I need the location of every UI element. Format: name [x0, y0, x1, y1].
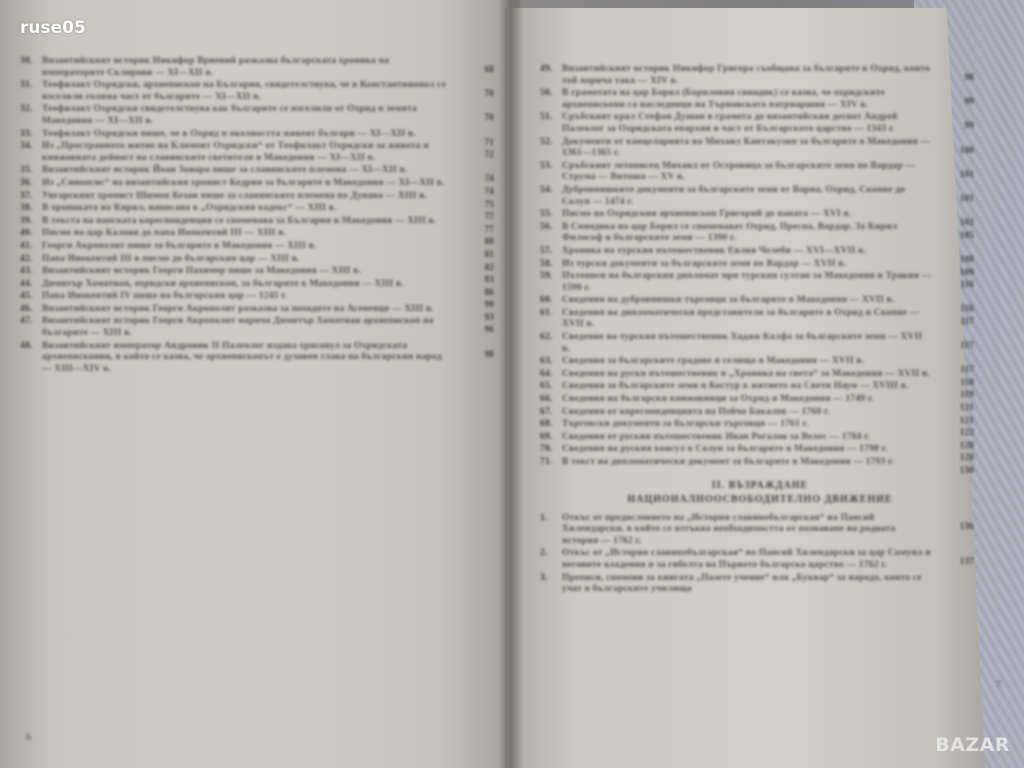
entry-number: 58. — [540, 259, 552, 271]
toc-entry: 45.Папа Инокентий IV пише на българския … — [20, 291, 500, 303]
section-heading-line1: II. ВЪЗРАЖДАНЕ — [540, 479, 980, 493]
toc-entry: 1.Откъс от предисловието на „История сла… — [540, 513, 980, 548]
entry-title: Папа Инокентий IV пише на българския цар… — [42, 291, 287, 301]
toc-entry: 43.Византийският историк Георги Пахимер … — [20, 266, 500, 278]
entry-number: 49. — [540, 64, 552, 76]
entry-number: 55. — [540, 209, 552, 221]
entry-page-number: 100 — [960, 145, 974, 157]
entry-title: Теофилакт Охридски, архиепископ на Бълга… — [42, 80, 446, 102]
entry-title: В Синодика на цар Борил се споменават Ох… — [562, 222, 897, 244]
toc-entry: 64.Сведения на руски пътешественик в „Хр… — [540, 369, 980, 381]
entry-page-number: 137 — [960, 556, 974, 568]
toc-entry: 66.Сведения на български книжовници за О… — [540, 394, 980, 406]
entry-number: 41. — [20, 241, 32, 253]
entry-number: 36. — [20, 178, 32, 190]
toc-entry: 58.Из турски документи за българските зе… — [540, 259, 980, 271]
entry-number: 54. — [540, 185, 552, 197]
entry-title: Сведения от кореспонденцията на Пейчо Ба… — [562, 407, 830, 417]
toc-entry: 60.Сведения на дубровнишки търговци за б… — [540, 295, 980, 307]
entry-number: 40. — [20, 228, 32, 240]
toc-entry: 35.Византийският историк Йоан Зонара пиш… — [20, 165, 500, 177]
toc-entry: 55.Писмо на Охридския архиепископ Григор… — [540, 209, 980, 221]
right-page-contents: 49.Византийският историк Никифор Григора… — [540, 64, 980, 597]
entry-number: 68. — [540, 419, 552, 431]
toc-entry: 36.Из „Синопсис“ на византийския хронист… — [20, 178, 500, 190]
entry-number: 51. — [540, 112, 552, 124]
left-page-number: 6 — [26, 732, 31, 743]
entry-page-number: 72 — [485, 149, 494, 161]
toc-entry: 41.Георги Акрополит пише за българите в … — [20, 241, 500, 253]
entry-title: Сведения от руския пътешественик Иван Ро… — [562, 432, 870, 442]
entry-title: Из турски документи за българските земи … — [562, 259, 846, 269]
entry-number: 30. — [20, 56, 32, 68]
entry-number: 44. — [20, 279, 32, 291]
toc-entry: 69.Сведения от руския пътешественик Иван… — [540, 432, 980, 444]
entry-number: 46. — [20, 304, 32, 316]
entry-title: Сведения на руски пътешественик в „Хрони… — [562, 369, 930, 379]
entry-page-number: 117 — [960, 316, 974, 328]
toc-entry: 68.Търговски документи за български търг… — [540, 419, 980, 431]
entry-page-number: 105 — [960, 230, 974, 242]
entry-page-number: 101 — [960, 193, 974, 205]
entry-title: Преписи, спомени за книгата „Пазете учен… — [562, 573, 922, 595]
toc-entry: 50.В грамотата на цар Борил (Бориловия с… — [540, 88, 980, 111]
toc-entry: 47.Византийският историк Георги Акрополи… — [20, 316, 500, 339]
entry-page-number: 98 — [485, 349, 494, 361]
entry-title: Из „Синопсис“ на византийския хронист Ке… — [42, 178, 445, 188]
entry-page-number: 70 — [485, 112, 494, 124]
entry-number: 56. — [540, 222, 552, 234]
entry-number: 32. — [20, 104, 32, 116]
toc-entry: 2.Откъс от „История славянобългарская“ н… — [540, 548, 980, 571]
entry-number: 67. — [540, 407, 552, 419]
entry-number: 39. — [20, 216, 32, 228]
toc-entry: 32.Теофилакт Охридски свидетелствува как… — [20, 104, 500, 127]
entry-title: Пътеписи на българския дипломат при турс… — [562, 271, 931, 293]
entry-title: В текста на папската кореспонденция се с… — [42, 216, 436, 226]
entry-title: Сведения на дипломатически представители… — [562, 308, 919, 330]
entry-title: Георги Акрополит пише за българите в Мак… — [42, 241, 316, 251]
open-book: 30.Византийският историк Никифор Вриений… — [0, 0, 1024, 768]
entry-title: Сръбският летописец Михаил от Островица … — [562, 161, 915, 183]
entry-title: Византийският император Андроник II Пале… — [42, 341, 442, 374]
entry-page-number: 99 — [965, 96, 974, 108]
section-heading: II. ВЪЗРАЖДАНЕ НАЦИОНАЛНООСВОБОДИТЕЛНО Д… — [540, 479, 980, 507]
toc-entry: 62.Сведение на турския пътешественик Хад… — [540, 332, 980, 355]
toc-entry: 71.В текст на дипломатически документ за… — [540, 457, 980, 469]
toc-entry: 70.Сведения на руския консул в Солун за … — [540, 444, 980, 456]
entry-title: Документи от канцеларията на Михаил Кант… — [562, 137, 930, 159]
toc-entry: 61.Сведения на дипломатически представит… — [540, 308, 980, 331]
entry-number: 43. — [20, 266, 32, 278]
entry-number: 47. — [20, 316, 32, 328]
toc-entry: 44.Димитър Хоматиан, охридски архиеписко… — [20, 279, 500, 291]
entry-title: Византийският историк Никифор Григора съ… — [562, 64, 930, 86]
toc-entry: 37.Унгарският хронист Шимон Кезаи пише з… — [20, 191, 500, 203]
toc-entry: 57.Хроника на турския пътешественик Евли… — [540, 246, 980, 258]
entry-number: 63. — [540, 356, 552, 368]
toc-entry: 67.Сведения от кореспонденцията на Пейчо… — [540, 407, 980, 419]
entry-title: Хроника на турския пътешественик Евлия Ч… — [562, 246, 866, 256]
entry-page-number: 101 — [960, 169, 974, 181]
left-page-contents: 30.Византийският историк Никифор Вриений… — [20, 56, 500, 376]
entry-title: Сведения на български книжовници за Охри… — [562, 394, 874, 404]
toc-entry: 39.В текста на папската кореспонденция с… — [20, 216, 500, 228]
entry-title: Византийският историк Йоан Зонара пише з… — [42, 165, 407, 175]
entry-number: 52. — [540, 137, 552, 149]
entry-number: 31. — [20, 80, 32, 92]
entry-title: В текст на дипломатически документ за бъ… — [562, 457, 894, 467]
entry-title: Дубровнишките документи за българските з… — [562, 185, 905, 207]
entry-number: 57. — [540, 246, 552, 258]
entry-number: 69. — [540, 432, 552, 444]
toc-entry: 51.Сръбският крал Стефан Душан в грамота… — [540, 112, 980, 135]
entry-number: 2. — [540, 548, 548, 560]
entry-title: Византийският историк Георги Акрополит н… — [42, 316, 434, 338]
toc-entry: 53.Сръбският летописец Михаил от Острови… — [540, 161, 980, 184]
user-watermark: ruse05 — [20, 18, 86, 38]
toc-entry: 34.Из „Пространното житие на Климент Охр… — [20, 141, 500, 164]
entry-title: Сведения за българските градове и селища… — [562, 356, 864, 366]
entry-page-number: 117 — [960, 340, 974, 352]
entry-number: 38. — [20, 203, 32, 215]
entry-number: 48. — [20, 341, 32, 353]
entry-number: 70. — [540, 444, 552, 456]
entry-number: 1. — [540, 513, 548, 525]
toc-entry: 59.Пътеписи на българския дипломат при т… — [540, 271, 980, 294]
entry-title: Сведения за българските земи и Костур в … — [562, 381, 909, 391]
toc-entry: 63.Сведения за българските градове и сел… — [540, 356, 980, 368]
entry-title: Сведения на дубровнишки търговци за бълг… — [562, 295, 894, 305]
toc-entry: 33.Теофилакт Охридски пише, че в Охрид и… — [20, 129, 500, 141]
entry-number: 50. — [540, 88, 552, 100]
entry-number: 62. — [540, 332, 552, 344]
entry-title: Писмо на Охридския архиепископ Григорий … — [562, 209, 851, 219]
entry-title: Търговски документи за български търговц… — [562, 419, 809, 429]
entry-page-number: 96 — [485, 324, 494, 336]
entry-number: 59. — [540, 271, 552, 283]
toc-entry: 54.Дубровнишките документи за българскит… — [540, 185, 980, 208]
section-heading-line2: НАЦИОНАЛНООСВОБОДИТЕЛНО ДВИЖЕНИЕ — [540, 493, 980, 507]
entry-number: 71. — [540, 457, 552, 469]
toc-entry: 38.В хрониката на Кирил, написана в „Охр… — [20, 203, 500, 215]
entry-number: 64. — [540, 369, 552, 381]
entry-title: Теофилакт Охридски пише, че в Охрид и ок… — [42, 129, 416, 139]
right-page-number: 7 — [996, 680, 1001, 691]
section-entries: 1.Откъс от предисловието на „История сла… — [540, 513, 980, 596]
entry-title: Откъс от „История славянобългарская“ на … — [562, 548, 931, 570]
entry-number: 33. — [20, 129, 32, 141]
toc-entry: 3.Преписи, спомени за книгата „Пазете уч… — [540, 573, 980, 596]
entry-title: Теофилакт Охридски свидетелствува как бъ… — [42, 104, 417, 126]
entry-title: Из „Пространното житие на Климент Охридс… — [42, 141, 429, 163]
entry-number: 45. — [20, 291, 32, 303]
entry-number: 61. — [540, 308, 552, 320]
entry-title: В хрониката на Кирил, написана в „Охридс… — [42, 203, 337, 213]
entry-title: Папа Инокентий III в писмо до българския… — [42, 254, 299, 264]
entry-number: 42. — [20, 254, 32, 266]
entry-page-number: 130 — [960, 465, 974, 477]
entry-page-number: 98 — [965, 72, 974, 84]
toc-entry: 49.Византийският историк Никифор Григора… — [540, 64, 980, 87]
toc-entry: 48.Византийският император Андроник II П… — [20, 341, 500, 376]
site-logo-watermark: BAZAR — [935, 734, 1010, 756]
entry-title: Откъс от предисловието на „История славя… — [562, 513, 895, 546]
entry-number: 3. — [540, 573, 548, 585]
entry-page-number: 116 — [960, 279, 974, 291]
toc-entry: 30.Византийският историк Никифор Вриений… — [20, 56, 500, 79]
book-gutter — [498, 0, 524, 768]
entry-page-number: 70 — [485, 88, 494, 100]
toc-entry: 56.В Синодика на цар Борил се споменават… — [540, 222, 980, 245]
entry-title: Византийският историк Никифор Вриений ра… — [42, 56, 389, 78]
entry-title: Сведение на турския пътешественик Хаджи … — [562, 332, 922, 354]
toc-entry: 42.Папа Инокентий III в писмо до българс… — [20, 254, 500, 266]
entry-page-number: 136 — [960, 521, 974, 533]
entry-title: Димитър Хоматиан, охридски архиепископ, … — [42, 279, 404, 289]
entry-page-number: 68 — [485, 64, 494, 76]
entry-number: 34. — [20, 141, 32, 153]
entry-title: Византийският историк Георги Пахимер пиш… — [42, 266, 361, 276]
entry-title: Писмо на цар Калоян до папа Инокентий II… — [42, 228, 286, 238]
entry-title: Унгарският хронист Шимон Кезаи пише за с… — [42, 191, 427, 201]
right-entries: 49.Византийският историк Никифор Григора… — [540, 64, 980, 469]
toc-entry: 40.Писмо на цар Калоян до папа Инокентий… — [20, 228, 500, 240]
entry-number: 60. — [540, 295, 552, 307]
entry-number: 65. — [540, 381, 552, 393]
toc-entry: 65.Сведения за българските земи и Костур… — [540, 381, 980, 393]
toc-entry: 52.Документи от канцеларията на Михаил К… — [540, 137, 980, 160]
entry-title: Византийският историк Георги Акрополит р… — [42, 304, 434, 314]
toc-entry: 31.Теофилакт Охридски, архиепископ на Бъ… — [20, 80, 500, 103]
toc-entry: 46.Византийският историк Георги Акрополи… — [20, 304, 500, 316]
entry-title: Сръбският крал Стефан Душан в грамота до… — [562, 112, 898, 134]
entry-number: 37. — [20, 191, 32, 203]
entry-page-number: 99 — [965, 120, 974, 132]
entry-number: 66. — [540, 394, 552, 406]
entry-title: В грамотата на цар Борил (Бориловия сино… — [562, 88, 885, 110]
entry-number: 53. — [540, 161, 552, 173]
entry-number: 35. — [20, 165, 32, 177]
entry-title: Сведения на руския консул в Солун за бъл… — [562, 444, 888, 454]
